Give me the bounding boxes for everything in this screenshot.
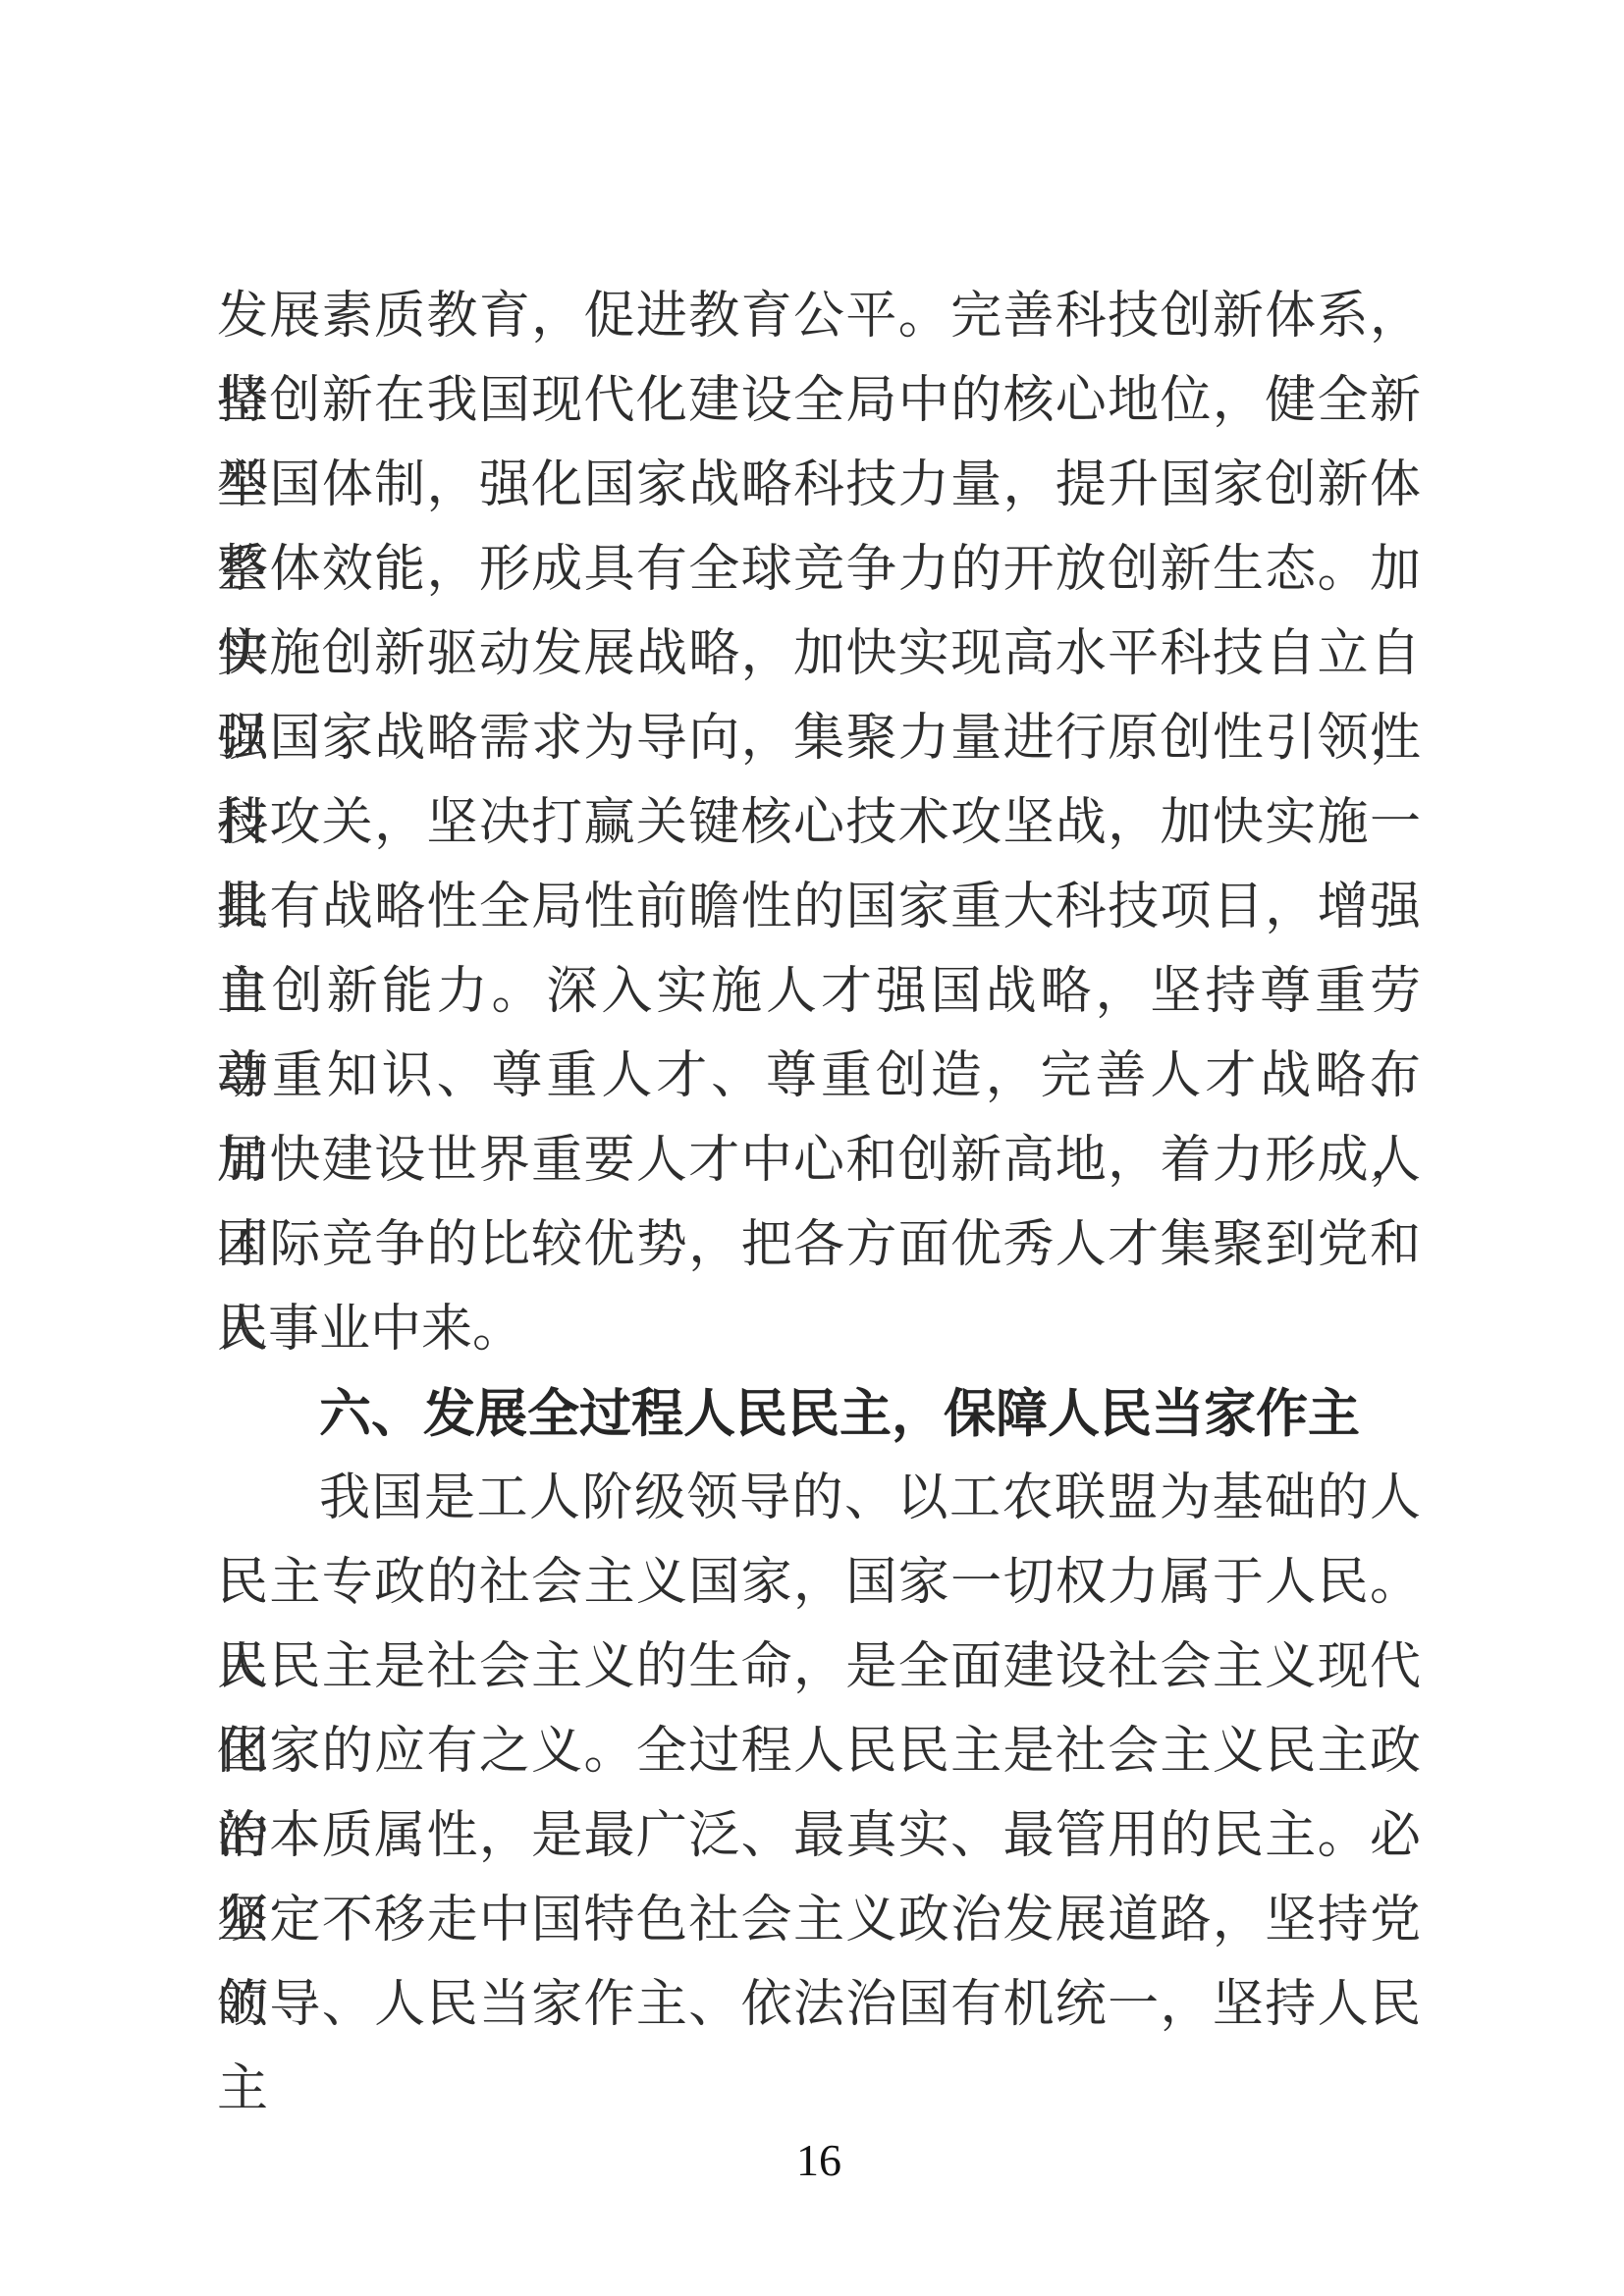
- body-text-line: 民事业中来。: [217, 1288, 1421, 1372]
- page-number: 16: [217, 2136, 1421, 2186]
- body-text-line: 的本质属性，是最广泛、最真实、最管用的民主。必须: [217, 1794, 1421, 1879]
- body-text-line: 我国是工人阶级领导的、以工农联盟为基础的人民: [217, 1457, 1421, 1541]
- body-text-line: 以国家战略需求为导向，集聚力量进行原创性引领性科: [217, 697, 1421, 781]
- body-text-line: 技攻关，坚决打赢关键核心技术攻坚战，加快实施一批: [217, 781, 1421, 866]
- body-text-line: 持创新在我国现代化建设全局中的核心地位，健全新型: [217, 359, 1421, 444]
- body-text-line: 尊重知识、尊重人才、尊重创造，完善人才战略布局，: [217, 1035, 1421, 1119]
- body-text-line: 领导、人民当家作主、依法治国有机统一，坚持人民主: [217, 1963, 1421, 2048]
- body-text-line: 国家的应有之义。全过程人民民主是社会主义民主政治: [217, 1710, 1421, 1794]
- body-text-line: 整体效能，形成具有全球竞争力的开放创新生态。加快: [217, 528, 1421, 613]
- body-text-line: 民民主是社会主义的生命，是全面建设社会主义现代化: [217, 1626, 1421, 1710]
- text-body: 发展素质教育，促进教育公平。完善科技创新体系，坚 持创新在我国现代化建设全局中的…: [217, 275, 1421, 2048]
- body-text-line: 加快建设世界重要人才中心和创新高地，着力形成人才: [217, 1119, 1421, 1203]
- body-text-line: 坚定不移走中国特色社会主义政治发展道路，坚持党的: [217, 1879, 1421, 1963]
- document-page: 发展素质教育，促进教育公平。完善科技创新体系，坚 持创新在我国现代化建设全局中的…: [0, 0, 1624, 2296]
- body-text-line: 主创新能力。深入实施人才强国战略，坚持尊重劳动、: [217, 950, 1421, 1035]
- body-text-line: 举国体制，强化国家战略科技力量，提升国家创新体系: [217, 444, 1421, 528]
- body-text-line: 国际竞争的比较优势，把各方面优秀人才集聚到党和人: [217, 1203, 1421, 1288]
- body-text-line: 具有战略性全局性前瞻性的国家重大科技项目，增强自: [217, 866, 1421, 950]
- body-text-line: 发展素质教育，促进教育公平。完善科技创新体系，坚: [217, 275, 1421, 359]
- body-text-line: 实施创新驱动发展战略，加快实现高水平科技自立自强，: [217, 613, 1421, 697]
- section-heading: 六、发展全过程人民民主，保障人民当家作主: [217, 1372, 1421, 1457]
- body-text-line: 民主专政的社会主义国家，国家一切权力属于人民。人: [217, 1541, 1421, 1626]
